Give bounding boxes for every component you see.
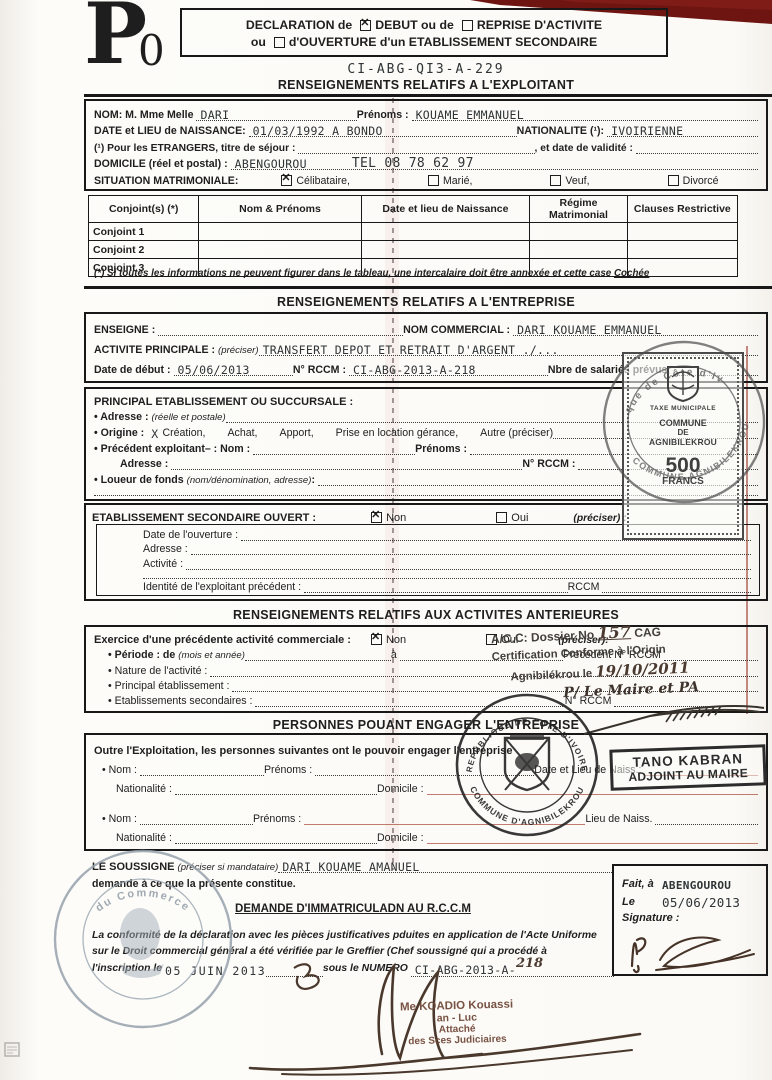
le-label: Le [622, 896, 662, 908]
rccm-field: CI-ABG-2013-A-218 [349, 362, 548, 376]
precedent-prenoms-label: Prénoms : [415, 443, 470, 455]
identite-label: Identité de l'exploitant précédent : [143, 581, 304, 593]
declaration-ou: ou [251, 35, 266, 49]
p2-nationalite-label: Nationalité : [116, 832, 175, 844]
origine-creation: Création, [162, 427, 205, 439]
rule [84, 286, 772, 289]
exploitant-box: NOM: M. Mme Melle DARI Prénoms : KOUAME … [84, 99, 768, 191]
rule [84, 94, 772, 97]
naissance-value: 01/03/1992 A BONDO [253, 124, 383, 138]
adresse-note: (réelle et postale) [152, 412, 226, 423]
filler-field [143, 565, 751, 579]
activite-note: (préciser) [218, 345, 259, 356]
nationalite-field: IVOIRIENNE [607, 123, 758, 137]
fait-value: ABENGOUROU [662, 879, 731, 892]
p2-domicile-label: Domicile : [377, 832, 427, 844]
dossier-number-hand: 157 [597, 622, 631, 642]
nom-label: NOM: M. Mme Melle [94, 109, 196, 121]
conjoint2-label: Conjoint 2 [89, 241, 199, 259]
scanned-declaration-form: P 0 DECLARATION de DEBUT ou de REPRISE D… [0, 0, 772, 1080]
etrangers-label: (¹) Pour les ETRANGERS, titre de séjour … [94, 143, 298, 154]
tano-kabran-stamp: TANO KABRAN ADJOINT AU MAIRE [609, 744, 766, 790]
divorce-label: Divorcé [683, 175, 719, 187]
conjoint1-label: Conjoint 1 [89, 223, 199, 241]
date-debut-field: 05/06/2013 [174, 362, 293, 376]
p2-prenoms-label: Prénoms : [253, 813, 304, 825]
table-row: Conjoint 1 [89, 223, 738, 241]
p2-naissance-field [655, 811, 758, 825]
domicile-field: ABENGOUROU TEL 08 78 62 97 [231, 156, 758, 170]
section2-title: RENSEIGNEMENTS RELATIFS A L'ENTREPRISE [84, 295, 768, 309]
validite-field [636, 140, 758, 154]
secondaire-oui-label: Oui [511, 512, 528, 524]
precedent-adresse-field [171, 456, 522, 470]
secondaire-rccm-label: RCCM [568, 581, 603, 593]
secondaire-non-label: Non [386, 512, 406, 524]
naissance-field: 01/03/1992 A BONDO [249, 123, 517, 137]
declaration-prefix: DECLARATION de [246, 18, 352, 32]
origine-apport: Apport, [280, 427, 314, 439]
p2-nationalite-field [175, 830, 377, 844]
personnes-intro: Outre l'Exploitation, les personnes suiv… [94, 745, 512, 757]
nom-field: DARI [196, 107, 356, 121]
maire-signature [580, 700, 770, 738]
nom-commercial-value: DARI KOUAME EMMANUEL [517, 323, 661, 337]
precedent-rccm-label: N° RCCM : [522, 458, 578, 470]
col-nom-prenoms: Nom & Prénoms [199, 196, 361, 223]
signature-label: Signature : [622, 912, 679, 924]
naissance-label: DATE et LIEU de NAISSANCE: [94, 125, 249, 137]
rccm-label: N° RCCM : [293, 364, 349, 376]
origine-autre: Autre (préciser) [480, 427, 553, 439]
p1-prenoms-label: Prénoms : [264, 764, 315, 776]
nom-commercial-label: NOM COMMERCIAL : [403, 324, 513, 336]
sejour-field [298, 140, 534, 154]
p1-nationalite-label: Nationalité : [116, 783, 175, 795]
registration-number: CI-ABG-QI3-A-229 [347, 62, 504, 77]
declaration-header-box: DECLARATION de DEBUT ou de REPRISE D'ACT… [180, 8, 668, 57]
periode-label: • Période : de [108, 649, 178, 661]
enseigne-label: ENSEIGNE : [94, 324, 158, 336]
prenoms-label: Prénoms : [357, 109, 412, 121]
a-label: à [391, 649, 400, 661]
principal-title: PRINCIPAL ETABLISSEMENT OU SUCCURSALE : [94, 396, 353, 408]
svg-text:COMMUNE AGNIBILEKROU: COMMUNE AGNIBILEKROU [629, 419, 763, 498]
option-reprise: REPRISE D'ACTIVITE [477, 18, 602, 32]
origine-label: • Origine : [94, 427, 147, 439]
situation-label: SITUATION MATRIMONIALE: [94, 175, 241, 187]
veuf-label: Veuf, [565, 175, 589, 187]
fiscal-overlay-arc-top: que de Côte d'Iv [616, 354, 729, 417]
precedent-adresse-label: Adresse : [120, 458, 171, 470]
dossier-post: CAG [634, 625, 661, 640]
nationalite-label: NATIONALITE (¹): [517, 125, 607, 137]
conjoints-table: Conjoint(s) (*) Nom & Prénoms Date et li… [88, 195, 738, 277]
checkbox-veuf [550, 175, 561, 186]
anterieure-non-label: Non [386, 634, 406, 646]
nationalite-value: IVOIRIENNE [611, 124, 683, 138]
checkbox-divorce [668, 175, 679, 186]
section1-title: RENSEIGNEMENTS RELATIFS A L'EXPLOITANT [84, 78, 768, 92]
footnote-text: (*) Si toutes les informations ne peuven… [94, 268, 614, 279]
checkbox-debut [360, 20, 371, 31]
table-row: Conjoint 2 [89, 241, 738, 259]
checkbox-marie [428, 175, 439, 186]
date-debut-value: 05/06/2013 [178, 363, 250, 377]
activite-value: TRANSFERT DEPOT ET RETRAIT D'ARGENT ./..… [263, 343, 559, 357]
periode-note: (mois et année) [178, 650, 245, 661]
scan-artifact-icon [4, 1042, 24, 1058]
origine-location: Prise en location gérance, [336, 427, 459, 439]
commune-crest [505, 734, 549, 790]
marie-label: Marié, [443, 175, 472, 187]
checkbox-celibataire [281, 175, 292, 186]
svg-text:que de Côte d'Iv: que de Côte d'Iv [616, 354, 729, 417]
domicile-label: DOMICILE (réel et postal) : [94, 158, 231, 170]
secondaire-preciser-label: (préciser) : [573, 513, 626, 524]
fait-label: Fait, à [622, 878, 662, 890]
checkbox-secondaire-oui [496, 512, 507, 523]
rccm-value: CI-ABG-2013-A-218 [353, 363, 476, 377]
precedent-label: • Précédent exploitant– : Nom : [94, 443, 253, 455]
greffe-crest [120, 908, 164, 978]
p1-domicile-label: Domicile : [377, 783, 427, 795]
fiscal-overlay-arc-bottom: COMMUNE AGNIBILEKROU [629, 419, 763, 498]
principal-etab-label: • Principal établissement : [108, 680, 232, 692]
col-regime: Régime Matrimonial [530, 196, 627, 223]
periode-de-field [245, 647, 391, 661]
greffier-stamp: Me KOADIO Kouassi an - Luc Attaché des S… [351, 997, 562, 1048]
celibataire-label: Célibataire, [296, 175, 350, 187]
prenoms-field: KOUAME EMMANUEL [412, 107, 758, 121]
commune-round-stamp: REPUBLIQUE DE COTE D'IVOIRE COMMUNE D'AG… [452, 690, 602, 840]
exercice-label: Exercice d'une précédente activité comme… [94, 634, 351, 646]
conjoints-table-wrap: Conjoint(s) (*) Nom & Prénoms Date et li… [88, 195, 738, 277]
ouverture-label: Date de l'ouverture : [143, 529, 241, 541]
validite-label: , et date de validité : [535, 143, 636, 154]
dossier-pre: A/C.C: Dossier No [491, 628, 595, 646]
p1-nom-label: • Nom : [102, 764, 140, 776]
date-debut-label: Date de début : [94, 364, 174, 376]
footnote-cochee: Cochée [614, 268, 649, 279]
precedent-nom-field [253, 441, 415, 455]
p1-nationalite-field [175, 781, 377, 795]
checkbox-ouverture [274, 37, 285, 48]
col-conjoints: Conjoint(s) (*) [89, 196, 199, 223]
secondaire-adresse-label: Adresse : [143, 543, 191, 555]
origine-mark: X [151, 427, 158, 441]
p2-nom-label: • Nom : [102, 813, 140, 825]
option-debut: DEBUT ou de [375, 18, 454, 32]
secondaire-title: ETABLISSEMENT SECONDAIRE OUVERT : [92, 512, 316, 524]
certification-date-hand: 19/10/2011 [595, 659, 690, 681]
origine-achat: Achat, [227, 427, 257, 439]
checkbox-anterieure-non [371, 634, 382, 645]
greffe-round-stamp: du Commerce [50, 846, 236, 1032]
identite-field [304, 579, 568, 593]
nature-label: • Nature de l'activité : [108, 665, 210, 677]
p1-nom-field [140, 762, 264, 776]
tel-value: TEL 08 78 62 97 [352, 156, 474, 171]
checkbox-secondaire-non [371, 512, 382, 523]
le-value: 05/06/2013 [662, 895, 740, 910]
conjoints-footnote: (*) Si toutes les informations ne peuven… [94, 268, 649, 279]
secondaire-adresse-field [191, 541, 751, 555]
nom-value: DARI [200, 108, 229, 122]
col-naissance: Date et lieu de Naissance [361, 196, 530, 223]
option-ouverture: d'OUVERTURE d'un ETABLISSEMENT SECONDAIR… [289, 35, 597, 49]
checkbox-reprise [462, 20, 473, 31]
prenoms-value: KOUAME EMMANUEL [416, 108, 524, 122]
soussigne-value: DARI KOUAME AMANUEL [282, 860, 419, 874]
enseigne-field [158, 322, 403, 336]
certification-lieu: Agnibilékrou le [510, 668, 592, 684]
col-clauses: Clauses Restrictive [627, 196, 737, 223]
secondaire-rccm-field [602, 579, 751, 593]
activite-label: ACTIVITE PRINCIPALE : [94, 344, 218, 356]
adresse-label: • Adresse : [94, 411, 152, 423]
domicile-value: ABENGOUROU [235, 157, 307, 171]
p2-nom-field [140, 811, 253, 825]
etab-secondaires-label: • Etablissements secondaires : [108, 695, 255, 707]
soussigne-field: DARI KOUAME AMANUEL [278, 859, 614, 873]
